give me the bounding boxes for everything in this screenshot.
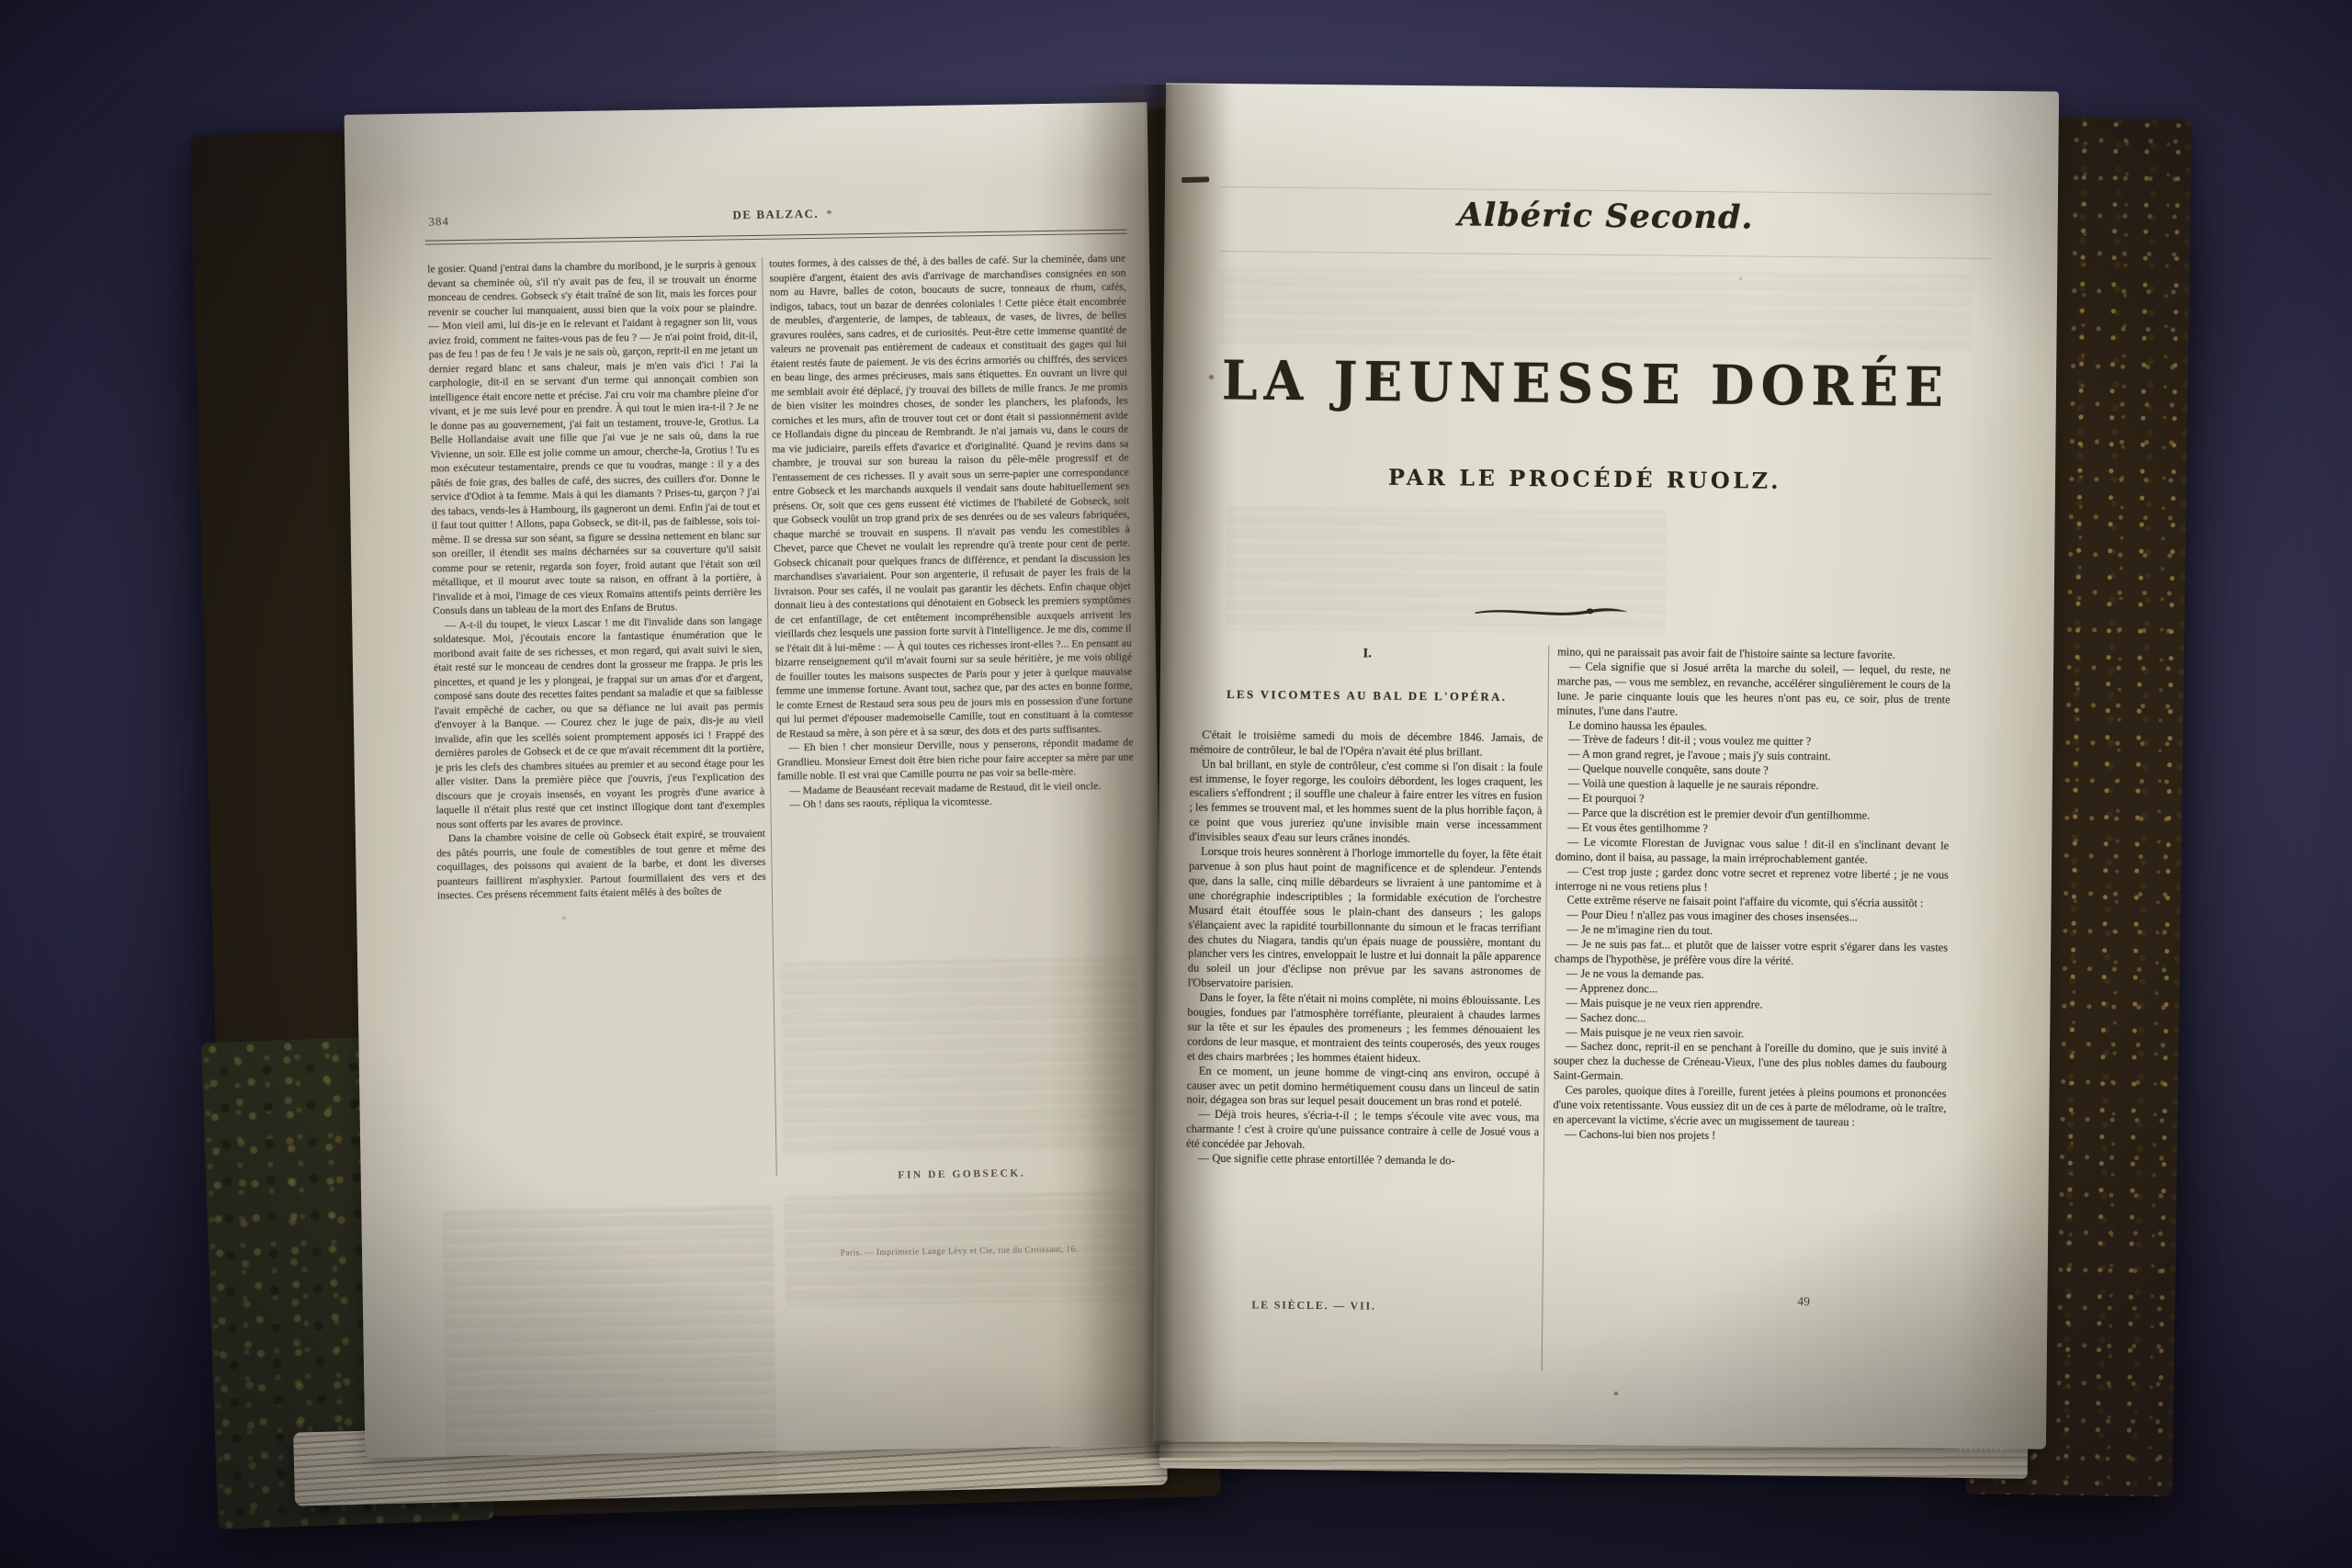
paragraph: Dans la chambre voisine de celle où Gobs…: [436, 827, 766, 903]
story-subtitle: PAR LE PROCÉDÉ RUOLZ.: [1190, 462, 1980, 496]
paragraph: En ce moment, un jeune homme de vingt-ci…: [1186, 1064, 1539, 1111]
left-running-head: DE BALZAC.: [426, 202, 1125, 228]
left-column-2: toutes formes, à des caisses de thé, à d…: [769, 252, 1138, 1079]
paragraph: — Cachons-lui bien nos projets !: [1553, 1127, 1946, 1145]
foxing-speck: [827, 210, 831, 214]
left-column-1: le gosier. Quand j'entrai dans la chambr…: [427, 257, 771, 1194]
paragraph: Lorsque trois heures sonnèrent à l'horlo…: [1188, 845, 1543, 995]
right-page: Albéric Second. LA JEUNESSE DORÉE PAR LE…: [1153, 83, 2059, 1449]
head-rule-faint: [1220, 186, 1992, 195]
paragraph: Un bal brillant, en style de contrôleur,…: [1189, 757, 1543, 848]
paragraph: — Je ne suis pas fat... et plutôt que de…: [1555, 938, 1948, 971]
paragraph: — A-t-il du toupet, le vieux Lascar ! me…: [433, 613, 765, 831]
chapter-heading: LES VICOMTES AU BAL DE L'OPÉRA.: [1191, 688, 1543, 706]
head-rule-faint: [1219, 251, 1991, 259]
paragraph: — Cela signifie que si Josué arrêta la m…: [1556, 660, 1951, 722]
left-head-rule: [425, 230, 1127, 245]
paragraph: Ces paroles, quoique dites à l'oreille, …: [1553, 1084, 1946, 1132]
paragraph: — Que signifie cette phrase entortillée …: [1186, 1152, 1539, 1170]
swash-ornament-divider: [1474, 603, 1630, 623]
paragraph: — Le vicomte Florestan de Juvignac vous …: [1555, 835, 1949, 868]
paragraph: — C'est trop juste ; gardez donc votre s…: [1555, 864, 1949, 897]
foxing-speck: [1209, 375, 1214, 379]
foxing-speck: [1739, 277, 1742, 280]
paragraph: le gosier. Quand j'entrai dans la chambr…: [427, 257, 762, 618]
paragraph: toutes formes, à des caisses de thé, à d…: [769, 252, 1133, 741]
foxing-speck: [1380, 372, 1384, 376]
right-page-number: 49: [1797, 1294, 1810, 1309]
paragraph: — Déjà trois heures, s'écria-t-il ; le t…: [1186, 1108, 1539, 1155]
siecle-signature: LE SIÈCLE. — VII.: [1251, 1298, 1376, 1313]
right-column-1: I. LES VICOMTES AU BAL DE L'OPÉRA. C'éta…: [1184, 642, 1544, 1381]
left-page: 384 DE BALZAC. le gosier. Quand j'entrai…: [345, 102, 1169, 1458]
paragraph: C'était le troisième samedi du mois de d…: [1190, 728, 1543, 760]
imprint-line: Paris. — Imprimerie Lange Lévy et Cie, r…: [771, 1244, 1148, 1258]
right-column-2: mino, qui ne paraissait pas avoir fait d…: [1551, 645, 1951, 1383]
paragraph: — Sachez donc, reprit-il en se penchant …: [1554, 1040, 1947, 1088]
fin-line: FIN DE GOBSECK.: [784, 1166, 1140, 1182]
photo-background: 384 DE BALZAC. le gosier. Quand j'entrai…: [0, 0, 2352, 1568]
right-running-head: Albéric Second.: [1211, 194, 2001, 239]
ghost-bleedthrough-text: [1218, 267, 1973, 353]
chapter-number: I.: [1191, 646, 1543, 664]
section-dash: [1182, 176, 1209, 183]
story-title: LA JEUNESSE DORÉE: [1191, 347, 1982, 419]
foxing-speck: [562, 917, 566, 919]
paragraph: — Eh bien ! cher monsieur Derville, nous…: [776, 736, 1134, 784]
foxing-speck: [1614, 1392, 1618, 1395]
paragraph: Dans le foyer, la fête n'était ni moins …: [1187, 991, 1541, 1067]
right-column-1-text: C'était le troisième samedi du mois de d…: [1186, 728, 1543, 1169]
